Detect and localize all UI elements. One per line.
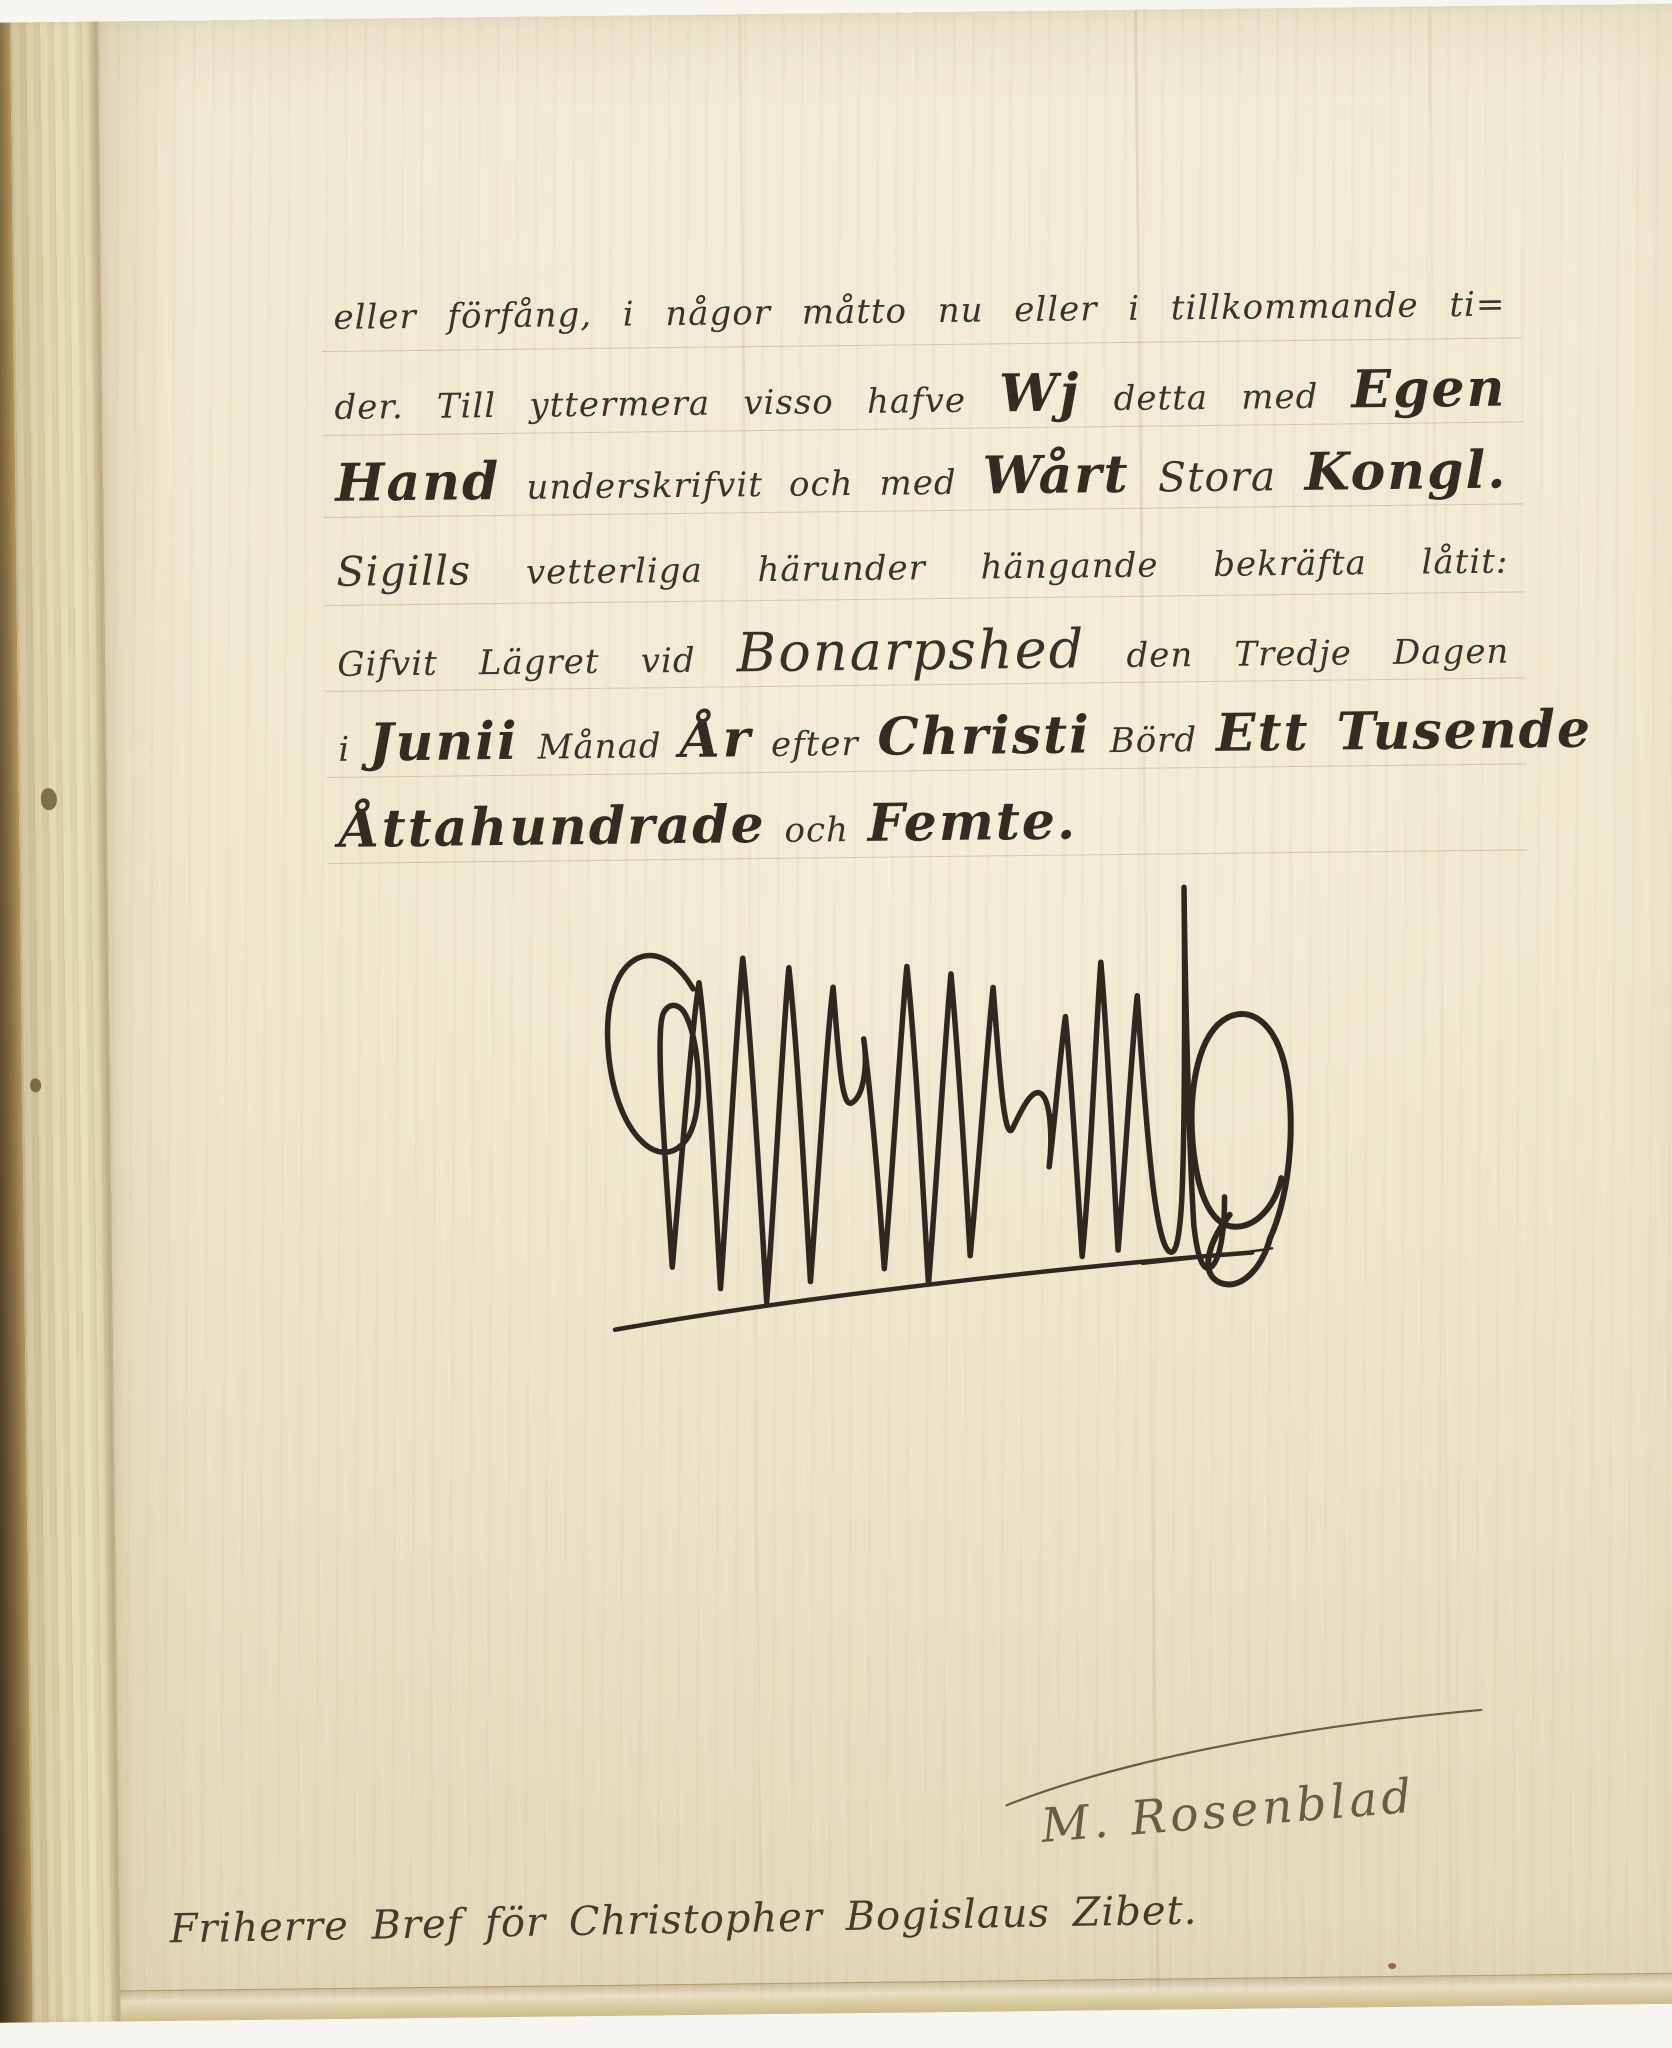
manuscript-line: i Junii Månad År efter Christi Börd Ett … bbox=[338, 696, 1511, 791]
manuscript-text-segment: Gifvit Lägret vid bbox=[337, 640, 737, 685]
paper-speck bbox=[41, 788, 57, 810]
manuscript-text-segment: Månad bbox=[519, 726, 681, 768]
book-page: eller förfång, i någor måtto nu eller i … bbox=[0, 3, 1672, 2022]
royal-signature bbox=[540, 864, 1337, 1353]
manuscript-text-segment: efter bbox=[752, 724, 878, 765]
manuscript-text-segment: vetterliga härunder hängande bekräfta lå… bbox=[471, 542, 1509, 594]
manuscript-text-segment: Egen bbox=[1351, 358, 1507, 421]
manuscript-text-segment: Kongl. bbox=[1304, 440, 1507, 503]
manuscript-text-segment: Åttahundrade bbox=[339, 794, 766, 860]
manuscript-text-segment: der. Till yttermera visso hafve bbox=[334, 380, 999, 428]
manuscript-text-segment: Bonarpshed bbox=[736, 617, 1085, 684]
manuscript-text-segment: i bbox=[338, 730, 369, 770]
manuscript-line: Åttahundrade och Femte. bbox=[339, 782, 1512, 877]
manuscript-text-segment: Junii bbox=[369, 711, 519, 774]
manuscript-text-segment: och bbox=[765, 810, 867, 851]
paper-bottom-fold bbox=[120, 1972, 1672, 2021]
manuscript-text-segment: Ett Tusende bbox=[1216, 699, 1593, 764]
manuscript-line: der. Till yttermera visso hafve Wj detta… bbox=[334, 354, 1507, 449]
manuscript-text-segment: underskrifvit och med bbox=[500, 463, 983, 508]
manuscript-text-segment: den Tredje Dagen bbox=[1085, 632, 1510, 677]
manuscript-line: Hand underskrifvit och med Wårt Stora Ko… bbox=[335, 436, 1508, 531]
manuscript-text-segment: Christi bbox=[877, 704, 1091, 767]
paper-speck bbox=[1388, 1963, 1396, 1969]
countersignature-group: M. Rosenblad bbox=[999, 1694, 1511, 1910]
manuscript-line: Sigills vetterliga härunder hängande bek… bbox=[336, 524, 1509, 616]
manuscript-text-segment: Börd bbox=[1091, 720, 1217, 761]
paper-speck bbox=[30, 1078, 41, 1092]
manuscript-text-segment: Hand bbox=[335, 451, 501, 514]
manuscript-text-segment: Wårt bbox=[982, 444, 1130, 507]
manuscript-line: eller förfång, i någor måtto nu eller i … bbox=[333, 270, 1506, 359]
manuscript-text-segment: Wj bbox=[999, 362, 1081, 424]
manuscript-scan: eller förfång, i någor måtto nu eller i … bbox=[0, 0, 1672, 2048]
manuscript-line: Gifvit Lägret vid Bonarpshed den Tredje … bbox=[337, 610, 1510, 706]
manuscript-text-segment: Femte. bbox=[867, 790, 1077, 853]
manuscript-text-segment: Stora bbox=[1129, 452, 1304, 502]
manuscript-text-segment: eller förfång, i någor måtto nu eller i … bbox=[333, 285, 1505, 338]
manuscript-text-segment: Sigills bbox=[336, 546, 471, 596]
manuscript-text-segment: År bbox=[680, 708, 752, 770]
manuscript-text-segment: detta med bbox=[1080, 376, 1352, 419]
